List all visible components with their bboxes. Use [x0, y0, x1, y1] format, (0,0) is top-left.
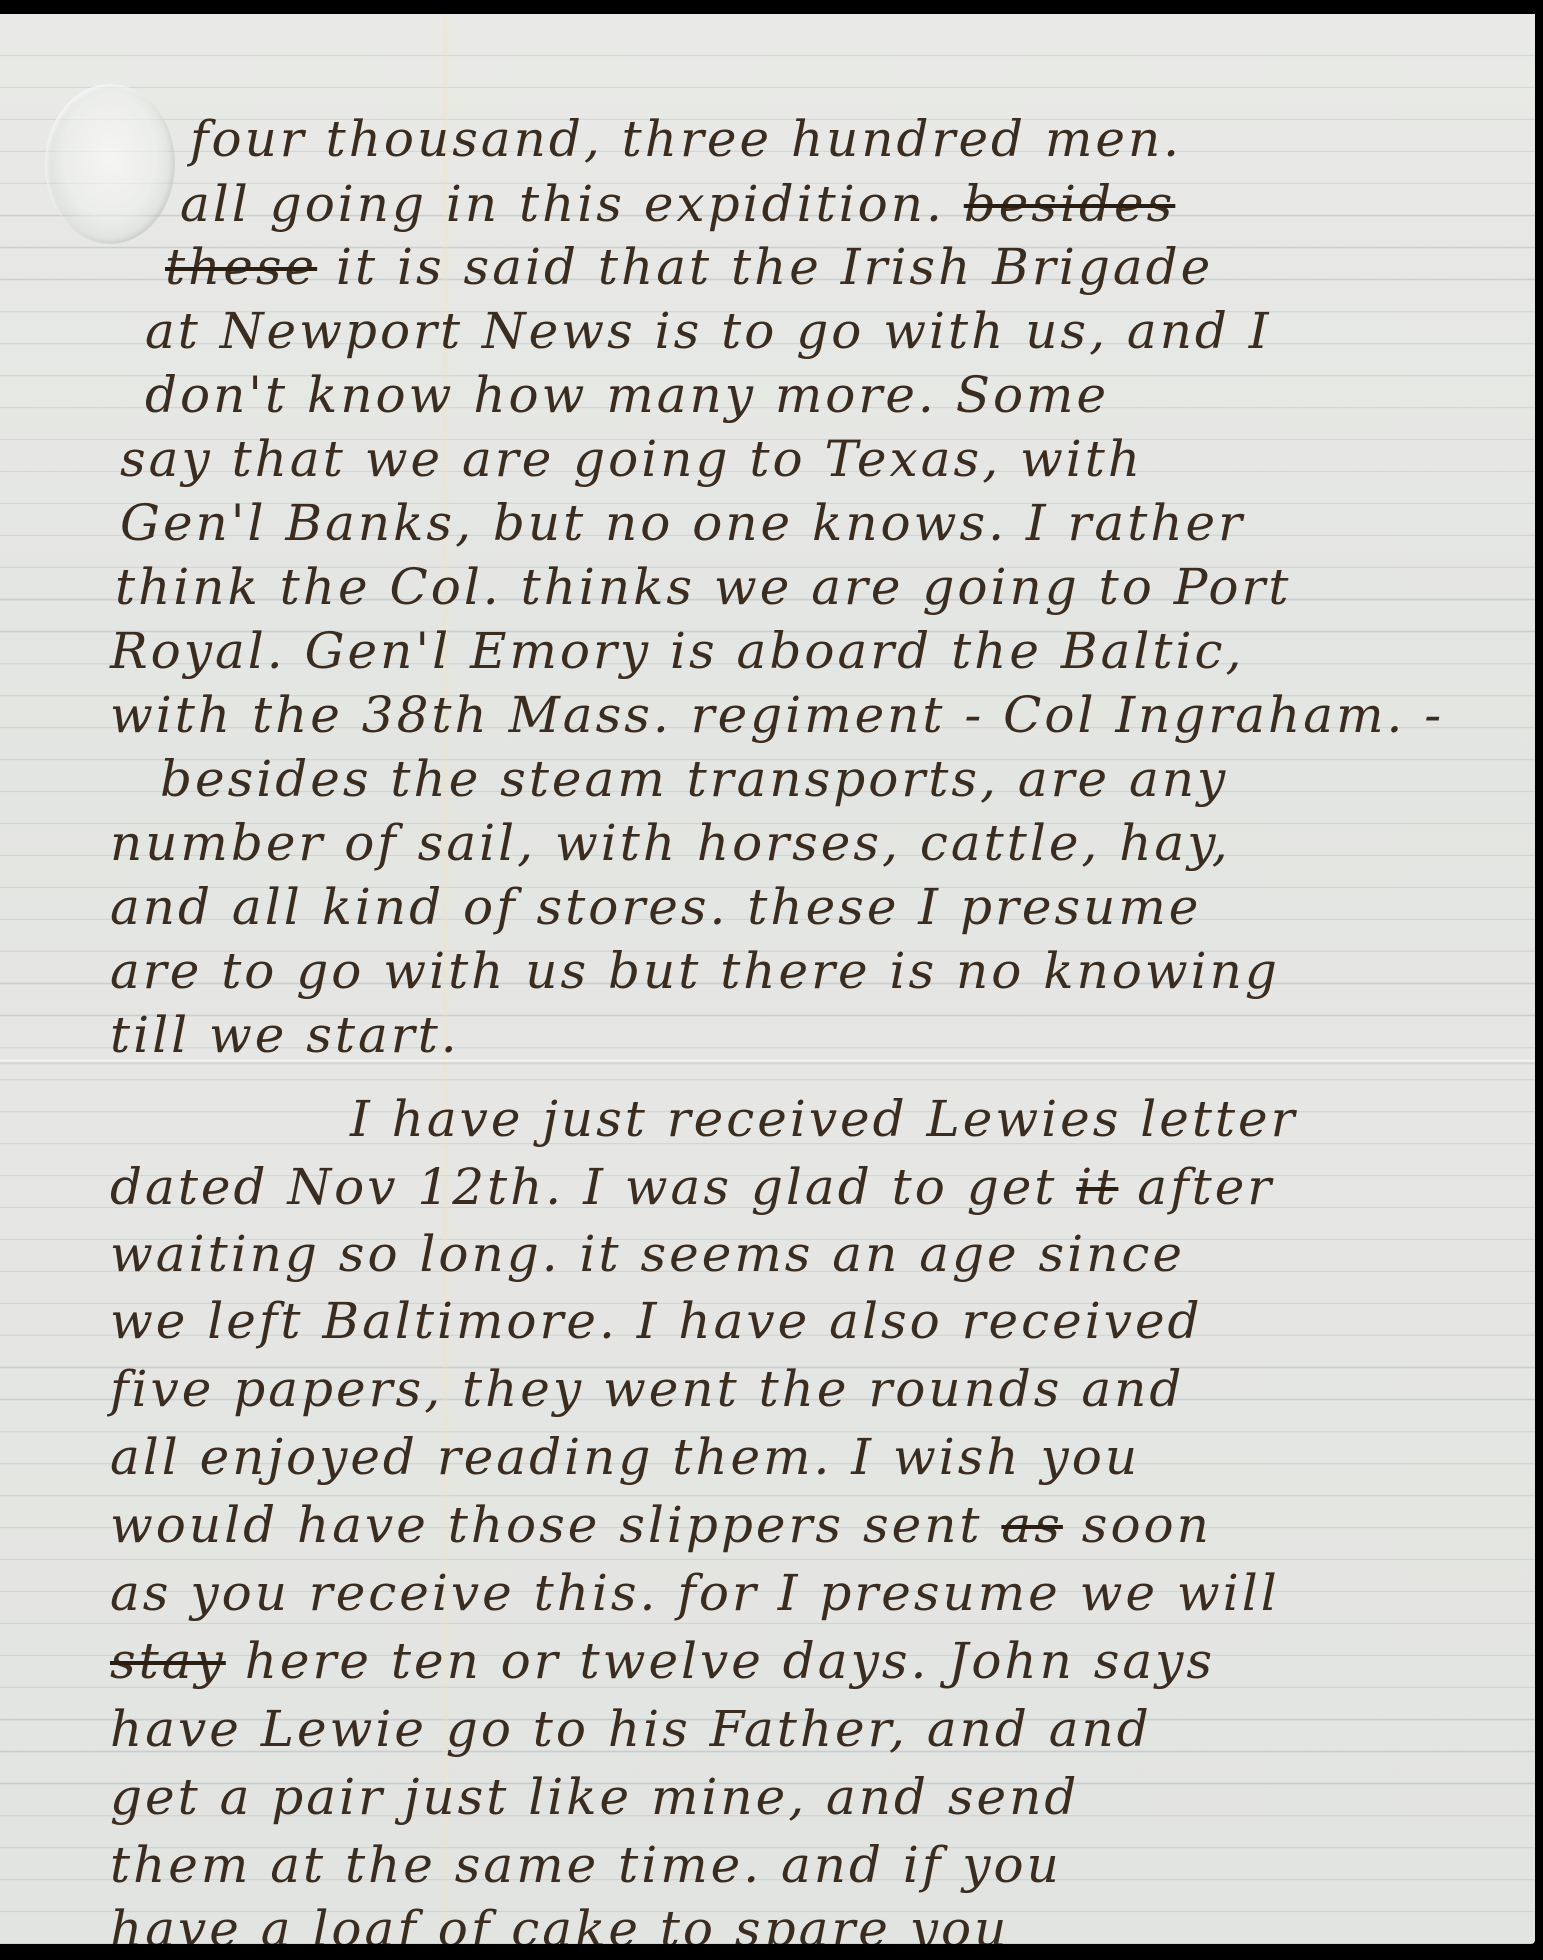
text-line: them at the same time. and if you [110, 1840, 1062, 1890]
text-line: think the Col. thinks we are going to Po… [115, 562, 1291, 612]
struck-word: these [165, 238, 317, 296]
struck-word: it [1076, 1158, 1118, 1216]
text-line: would have those slippers sent as soon [110, 1500, 1212, 1550]
text-line: dated Nov 12th. I was glad to get it aft… [110, 1162, 1274, 1212]
text-line: Gen'l Banks, but no one knows. I rather [120, 498, 1245, 548]
text-line: and all kind of stores. these I presume [110, 882, 1201, 932]
text-line: say that we are going to Texas, with [120, 434, 1143, 484]
struck-word: stay [110, 1632, 226, 1690]
text-line: number of sail, with horses, cattle, hay… [110, 818, 1231, 868]
text-line: we left Baltimore. I have also received [110, 1296, 1203, 1346]
text-line: with the 38th Mass. regiment - Col Ingra… [110, 690, 1444, 740]
text-line: have Lewie go to his Father, and and [110, 1704, 1152, 1754]
text-line: all enjoyed reading them. I wish you [110, 1432, 1140, 1482]
text-line: Royal. Gen'l Emory is aboard the Baltic, [110, 626, 1244, 676]
text-line: these it is said that the Irish Brigade [165, 242, 1213, 292]
text-line: five papers, they went the rounds and [110, 1364, 1184, 1414]
struck-word: as [1001, 1496, 1062, 1554]
text-line: have a loaf of cake to spare you [110, 1904, 1009, 1944]
text-line: as you receive this. for I presume we wi… [110, 1568, 1280, 1618]
text-line: all going in this expidition. besides [180, 179, 1175, 229]
text-line: don't know how many more. Some [145, 370, 1109, 420]
text-line: waiting so long. it seems an age since [110, 1229, 1185, 1279]
text-line: besides the steam transports, are any [160, 754, 1228, 804]
letter-page: four thousand, three hundred men. all go… [0, 14, 1535, 1944]
handwritten-text: four thousand, three hundred men. all go… [0, 14, 1535, 1944]
text-line: stay here ten or twelve days. John says [110, 1636, 1215, 1686]
text-line: I have just received Lewies letter [350, 1094, 1298, 1144]
text-line: are to go with us but there is no knowin… [110, 946, 1280, 996]
text-line: four thousand, three hundred men. [190, 114, 1182, 164]
text-line: till we start. [110, 1010, 460, 1060]
struck-word: besides [964, 175, 1176, 233]
text-line: at Newport News is to go with us, and I [145, 306, 1272, 356]
text-line: get a pair just like mine, and send [110, 1772, 1079, 1822]
